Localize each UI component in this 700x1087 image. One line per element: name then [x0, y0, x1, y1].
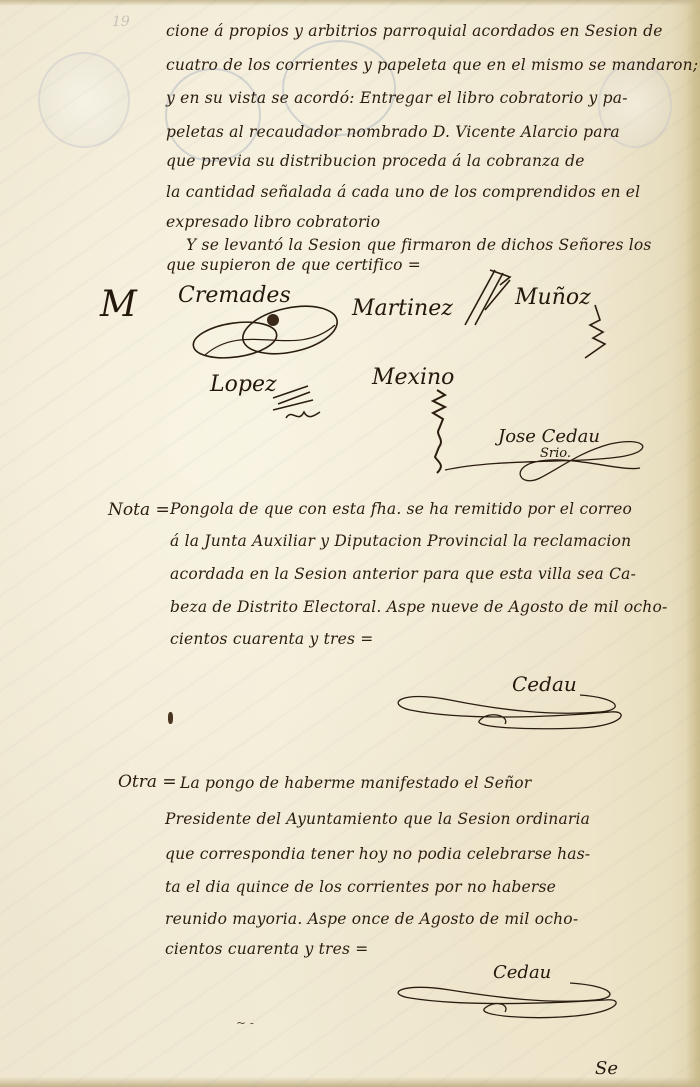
page-binding-edge [686, 0, 700, 1087]
text-line: que correspondia tener hoy no podia cele… [165, 845, 590, 863]
text-line: la cantidad señalada á cada uno de los c… [166, 183, 640, 201]
text-line: cientos cuarenta y tres = [165, 940, 368, 958]
lopez-rubric-flourish [268, 378, 328, 428]
cedau-rubric-flourish [440, 428, 660, 488]
ink-stamp-left [165, 68, 261, 162]
signature-initial: M [100, 284, 137, 325]
munoz-rubric-flourish [575, 300, 615, 360]
text-line: cientos cuarenta y tres = [170, 630, 373, 648]
text-line: cione á propios y arbitrios parroquial a… [166, 22, 663, 40]
otra-margin-label: Otra = [118, 772, 177, 792]
text-line: La pongo de haberme manifestado el Señor [180, 774, 531, 792]
text-line: Pongola de que con esta fha. se ha remit… [170, 500, 632, 518]
martinez-rubric-flourish [455, 265, 515, 330]
text-line: reunido mayoria. Aspe once de Agosto de … [165, 910, 578, 928]
ink-blot [168, 712, 173, 724]
stray-mark: ~ - [236, 1016, 254, 1030]
nota-margin-label: Nota = [108, 500, 170, 520]
text-line: beza de Distrito Electoral. Aspe nueve d… [170, 598, 667, 616]
text-line: peletas al recaudador nombrado D. Vicent… [166, 123, 620, 141]
catchword: Se [595, 1058, 618, 1079]
text-line: acordada en la Sesion anterior para que … [170, 565, 636, 583]
text-line: que previa su distribucion proceda á la … [166, 152, 585, 170]
page-top-edge [0, 0, 700, 6]
nota-cedau-rubric-flourish [380, 690, 630, 740]
text-line: expresado libro cobratorio [166, 213, 380, 231]
signature-lopez: Lopez [210, 372, 277, 397]
ink-stamp-center [282, 40, 396, 136]
text-line: Presidente del Ayuntamiento que la Sesio… [165, 810, 590, 828]
folio-number: 19 [112, 14, 130, 30]
signature-martinez: Martinez [352, 296, 453, 321]
text-line: y en su vista se acordó: Entregar el lib… [166, 89, 628, 107]
text-line: ta el dia quince de los corrientes por n… [165, 878, 556, 896]
cremades-rubric-flourish [185, 300, 345, 372]
otra-cedau-rubric-flourish [380, 978, 620, 1028]
text-line: á la Junta Auxiliar y Diputacion Provinc… [170, 532, 631, 550]
embossed-seal-left [38, 52, 130, 148]
text-line: que supieron de que certifico = [166, 256, 421, 274]
text-line: cuatro de los corrientes y papeleta que … [166, 56, 698, 74]
text-line: Y se levantó la Sesion que firmaron de d… [186, 236, 652, 254]
manuscript-page: 19 cione á propios y arbitrios parroquia… [0, 0, 700, 1087]
